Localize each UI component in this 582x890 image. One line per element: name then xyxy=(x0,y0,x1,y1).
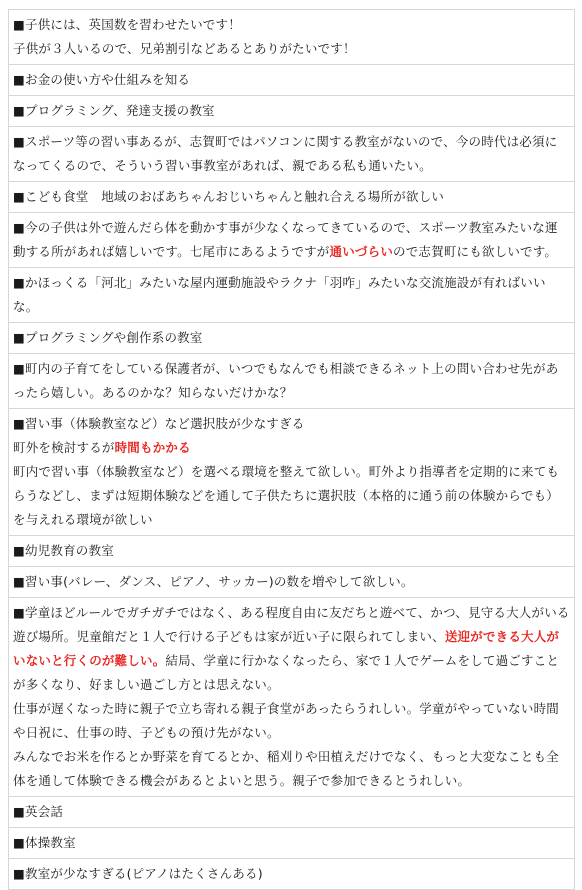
response-line: ■プログラミングや創作系の教室 xyxy=(13,326,570,350)
response-line: ■学童ほどルールでガチガチではなく、ある程度自由に友だちと遊べて、かつ、見守る大… xyxy=(13,601,570,697)
response-text: ■英会話 xyxy=(13,804,63,819)
response-text: 仕事が遅くなった時に親子で立ち寄れる親子食堂があったらうれしい。学童がやっていな… xyxy=(13,701,559,740)
response-row: ■習い事（体験教室など）など選択肢が少なすぎる 町外を検討するが時間もかかる 町… xyxy=(9,409,575,536)
response-text: ■プログラミングや創作系の教室 xyxy=(13,330,203,345)
response-cell: ■今の子供は外で遊んだら体を動かす事が少なくなってきているので、スポーツ教室みた… xyxy=(9,213,575,268)
response-line: 町外を検討するが時間もかかる xyxy=(13,436,570,460)
response-row: ■スポーツ等の習い事あるが、志賀町ではパソコンに関する教室がないので、今の時代は… xyxy=(9,127,575,182)
response-cell: ■習い事（体験教室など）など選択肢が少なすぎる 町外を検討するが時間もかかる 町… xyxy=(9,409,575,536)
response-line: ■スポーツ等の習い事あるが、志賀町ではパソコンに関する教室がないので、今の時代は… xyxy=(13,130,570,178)
response-line: みんなでお米を作るとか野菜を育てるとか、稲刈りや田植えだけでなく、もっと大変なこ… xyxy=(13,745,570,793)
response-line: ■習い事（体験教室など）など選択肢が少なすぎる xyxy=(13,412,570,436)
response-text: ■幼児教育の教室 xyxy=(13,543,114,558)
response-line: ■英会話 xyxy=(13,800,570,824)
response-line: ■お金の使い方や仕組みを知る xyxy=(13,68,570,92)
response-cell: ■こども食堂 地域のおばあちゃんおじいちゃんと触れ合える場所が欲しい xyxy=(9,182,575,213)
response-cell: ■幼児教育の教室 xyxy=(9,536,575,567)
response-text: ■町内の子育てをしている保護者が、いつでもなんでも相談できるネット上の問い合わせ… xyxy=(13,361,558,400)
response-text: みんなでお米を作るとか野菜を育てるとか、稲刈りや田植えだけでなく、もっと大変なこ… xyxy=(13,749,559,788)
response-cell: ■学童ほどルールでガチガチではなく、ある程度自由に友だちと遊べて、かつ、見守る大… xyxy=(9,598,575,797)
response-line: 仕事が遅くなった時に親子で立ち寄れる親子食堂があったらうれしい。学童がやっていな… xyxy=(13,697,570,745)
response-row: ■プログラミングや創作系の教室 xyxy=(9,323,575,354)
response-cell: ■プログラミング、発達支援の教室 xyxy=(9,96,575,127)
response-line: ■幼児教育の教室 xyxy=(13,539,570,563)
response-row: ■今の子供は外で遊んだら体を動かす事が少なくなってきているので、スポーツ教室みた… xyxy=(9,213,575,268)
survey-responses-table: ■子供には、英国数を習わせたいです！ 子供が３人いるので、兄弟割引などあるとあり… xyxy=(8,9,575,836)
response-text: ■こども食堂 地域のおばあちゃんおじいちゃんと触れ合える場所が欲しい xyxy=(13,189,444,204)
highlighted-text: 時間もかかる xyxy=(115,440,191,455)
response-text: ■かほっくる「河北」みたいな屋内運動施設やラクナ「羽咋」みたいな交流施設が有れば… xyxy=(13,275,546,314)
response-line: ■こども食堂 地域のおばあちゃんおじいちゃんと触れ合える場所が欲しい xyxy=(13,185,570,209)
response-row: ■こども食堂 地域のおばあちゃんおじいちゃんと触れ合える場所が欲しい xyxy=(9,182,575,213)
response-line: ■子供には、英国数を習わせたいです！ xyxy=(13,13,570,37)
response-cell: ■子供には、英国数を習わせたいです！ 子供が３人いるので、兄弟割引などあるとあり… xyxy=(9,10,575,65)
response-row: ■町内の子育てをしている保護者が、いつでもなんでも相談できるネット上の問い合わせ… xyxy=(9,354,575,409)
response-line: ■町内の子育てをしている保護者が、いつでもなんでも相談できるネット上の問い合わせ… xyxy=(13,357,570,405)
response-text: ■習い事（体験教室など）など選択肢が少なすぎる xyxy=(13,416,304,431)
response-cell: ■習い事(バレー、ダンス、ピアノ、サッカー)の数を増やして欲しい。 xyxy=(9,567,575,598)
response-cell: ■体操教室 xyxy=(9,828,575,837)
response-text: ので志賀町にも欲しいです。 xyxy=(393,244,557,259)
response-row: ■プログラミング、発達支援の教室 xyxy=(9,96,575,127)
response-line: ■今の子供は外で遊んだら体を動かす事が少なくなってきているので、スポーツ教室みた… xyxy=(13,216,570,264)
response-row: ■体操教室 xyxy=(9,828,575,837)
response-text: 町外を検討するが xyxy=(13,440,115,455)
response-cell: ■プログラミングや創作系の教室 xyxy=(9,323,575,354)
response-cell: ■スポーツ等の習い事あるが、志賀町ではパソコンに関する教室がないので、今の時代は… xyxy=(9,127,575,182)
response-text: ■プログラミング、発達支援の教室 xyxy=(13,103,215,118)
response-row: ■学童ほどルールでガチガチではなく、ある程度自由に友だちと遊べて、かつ、見守る大… xyxy=(9,598,575,797)
response-text: ■習い事(バレー、ダンス、ピアノ、サッカー)の数を増やして欲しい。 xyxy=(13,574,414,589)
response-row: ■幼児教育の教室 xyxy=(9,536,575,567)
response-line: ■習い事(バレー、ダンス、ピアノ、サッカー)の数を増やして欲しい。 xyxy=(13,570,570,594)
response-line: ■かほっくる「河北」みたいな屋内運動施設やラクナ「羽咋」みたいな交流施設が有れば… xyxy=(13,271,570,319)
response-text: 子供が３人いるので、兄弟割引などあるとありがたいです！ xyxy=(13,41,356,56)
response-row: ■お金の使い方や仕組みを知る xyxy=(9,65,575,96)
response-text: ■子供には、英国数を習わせたいです！ xyxy=(13,17,241,32)
response-row: ■習い事(バレー、ダンス、ピアノ、サッカー)の数を増やして欲しい。 xyxy=(9,567,575,598)
response-cell: ■英会話 xyxy=(9,797,575,828)
response-row: ■かほっくる「河北」みたいな屋内運動施設やラクナ「羽咋」みたいな交流施設が有れば… xyxy=(9,268,575,323)
response-row: ■子供には、英国数を習わせたいです！ 子供が３人いるので、兄弟割引などあるとあり… xyxy=(9,10,575,65)
response-cell: ■町内の子育てをしている保護者が、いつでもなんでも相談できるネット上の問い合わせ… xyxy=(9,354,575,409)
response-text: 町内で習い事（体験教室など）を選べる環境を整えて欲しい。町外より指導者を定期的に… xyxy=(13,464,559,527)
response-row: ■英会話 xyxy=(9,797,575,828)
response-line: 子供が３人いるので、兄弟割引などあるとありがたいです！ xyxy=(13,37,570,61)
response-text: ■お金の使い方や仕組みを知る xyxy=(13,72,190,87)
response-cell: ■お金の使い方や仕組みを知る xyxy=(9,65,575,96)
response-cell: ■かほっくる「河北」みたいな屋内運動施設やラクナ「羽咋」みたいな交流施設が有れば… xyxy=(9,268,575,323)
highlighted-text: 通いづらい xyxy=(330,244,394,259)
response-line: ■プログラミング、発達支援の教室 xyxy=(13,99,570,123)
response-line: ■体操教室 xyxy=(13,831,570,836)
response-text: ■スポーツ等の習い事あるが、志賀町ではパソコンに関する教室がないので、今の時代は… xyxy=(13,134,557,173)
response-line: 町内で習い事（体験教室など）を選べる環境を整えて欲しい。町外より指導者を定期的に… xyxy=(13,460,570,532)
